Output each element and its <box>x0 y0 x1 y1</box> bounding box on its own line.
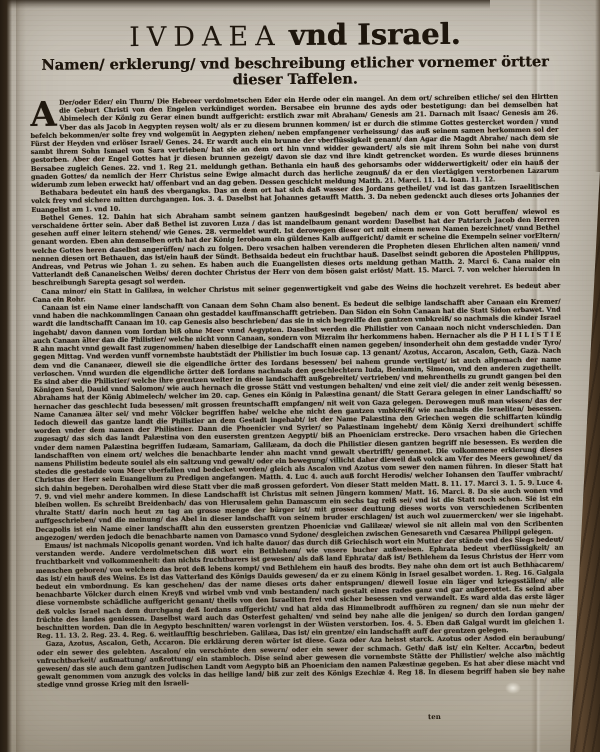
paragraph-text: Der/oder Eder/ ein Thurn/ Die Hebreer ve… <box>30 93 559 189</box>
page-title-blackletter: vnd Israel. <box>289 17 461 52</box>
page-title: IVDAEA vnd Israel. <box>30 16 560 54</box>
photo-edge-right <box>595 0 600 172</box>
drop-cap-letter: A <box>30 100 56 130</box>
page-heading: IVDAEA vnd Israel. Namen/ erklerung/ vnd… <box>30 16 560 90</box>
catchword: ten <box>428 712 441 721</box>
body-paragraph: ADer/oder Eder/ ein Thurn/ Die Hebreer v… <box>30 93 559 190</box>
photo-edge-left <box>0 0 12 752</box>
page-subtitle: Namen/ erklerung/ vnd beschreibung etlic… <box>30 54 560 90</box>
paper-stain <box>505 682 521 694</box>
body-text-block: ADer/oder Eder/ ein Thurn/ Die Hebreer v… <box>30 93 565 715</box>
book-page-photo: IVDAEA vnd Israel. Namen/ erklerung/ vnd… <box>0 0 600 752</box>
ink-speck <box>524 644 527 647</box>
photo-edge-top <box>0 0 490 9</box>
body-paragraph: Bethel Genes. 12. Dahin hat sich Abraham… <box>31 207 560 287</box>
body-paragraph: Gaza, Azotus, Ascalon, Geth, Accaron. Di… <box>37 634 566 690</box>
body-paragraph: Canaan ist ein Name einer landschafft vo… <box>33 298 564 542</box>
page-title-roman: IVDAEA <box>129 21 282 53</box>
body-paragraph: Emaus/ ist nachmals Nicopolis genant wor… <box>35 535 564 640</box>
